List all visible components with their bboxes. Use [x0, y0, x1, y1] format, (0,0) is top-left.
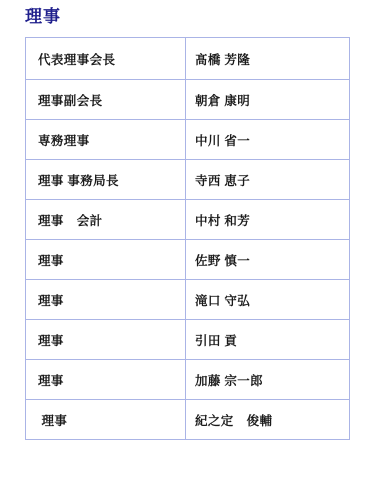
- table-row: 理事 滝口 守弘: [26, 279, 349, 319]
- name-cell: 紀之定 俊輔: [186, 400, 349, 439]
- role-cell: 理事副会長: [26, 80, 186, 119]
- role-cell: 代表理事会長: [26, 38, 186, 79]
- role-cell: 理事: [26, 320, 186, 359]
- table-row: 理事 加藤 宗一郎: [26, 359, 349, 399]
- role-cell: 理事 会計: [26, 200, 186, 239]
- name-cell: 朝倉 康明: [186, 80, 349, 119]
- table-row: 理事 会計 中村 和芳: [26, 199, 349, 239]
- name-cell: 中川 省一: [186, 120, 349, 159]
- table-row: 理事 佐野 慎一: [26, 239, 349, 279]
- directors-table: 代表理事会長 髙橋 芳隆 理事副会長 朝倉 康明 専務理事 中川 省一 理事 事…: [25, 37, 350, 440]
- name-cell: 引田 貢: [186, 320, 349, 359]
- role-cell: 理事: [26, 400, 186, 439]
- table-row: 専務理事 中川 省一: [26, 119, 349, 159]
- name-cell: 中村 和芳: [186, 200, 349, 239]
- table-row: 理事 引田 貢: [26, 319, 349, 359]
- role-cell: 理事 事務局長: [26, 160, 186, 199]
- table-row: 理事副会長 朝倉 康明: [26, 79, 349, 119]
- role-cell: 理事: [26, 360, 186, 399]
- name-cell: 滝口 守弘: [186, 280, 349, 319]
- role-cell: 理事: [26, 240, 186, 279]
- document-page: 理事 代表理事会長 髙橋 芳隆 理事副会長 朝倉 康明 専務理事 中川 省一 理…: [0, 0, 375, 478]
- role-cell: 専務理事: [26, 120, 186, 159]
- page-title: 理事: [25, 5, 61, 29]
- name-cell: 佐野 慎一: [186, 240, 349, 279]
- name-cell: 寺西 恵子: [186, 160, 349, 199]
- table-row: 理事 紀之定 俊輔: [26, 399, 349, 439]
- name-cell: 加藤 宗一郎: [186, 360, 349, 399]
- name-cell: 髙橋 芳隆: [186, 38, 349, 79]
- table-row: 理事 事務局長 寺西 恵子: [26, 159, 349, 199]
- table-row: 代表理事会長 髙橋 芳隆: [26, 38, 349, 79]
- role-cell: 理事: [26, 280, 186, 319]
